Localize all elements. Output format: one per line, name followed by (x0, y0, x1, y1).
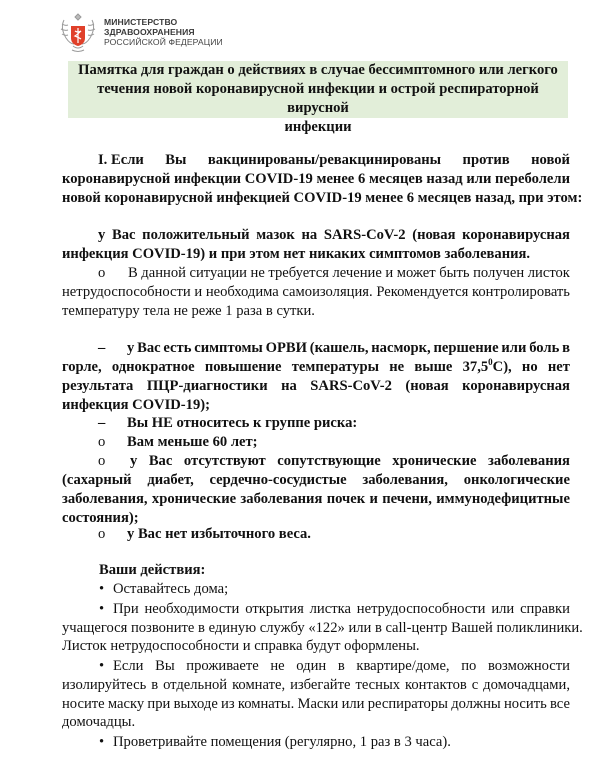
word: лечение (333, 264, 382, 283)
org-line-2: ЗДРАВООХРАНЕНИЯ (104, 27, 223, 37)
word: вакцинированы/ревакцинированы (208, 151, 441, 170)
word: заболевания (240, 490, 322, 509)
word: Вас (137, 339, 161, 358)
case2-dash: – (98, 339, 105, 358)
word: сердечно-сосудистые (210, 471, 347, 490)
risk-bullet-2: o (98, 452, 105, 471)
case2-line-1: уВасестьсимптомыОРВИ(кашель,насморк,перш… (127, 339, 570, 358)
word: 6 (358, 170, 365, 189)
word: проживаете (186, 657, 258, 676)
action-bullet-4: • (99, 733, 104, 752)
risk-heading: Вы НЕ относитесь к группе риска: (127, 414, 357, 433)
word: переболели (495, 170, 570, 189)
word: все (550, 695, 570, 714)
section-heading-line-1: I. ЕслиВывакцинированы/ревакцинированыпр… (98, 151, 570, 170)
word: листка (310, 600, 351, 619)
word: не (270, 657, 284, 676)
russian-coat-of-arms-icon (58, 10, 98, 54)
word: боль (529, 339, 559, 358)
document-title: Памятка для граждан о действиях в случае… (68, 61, 568, 118)
word: против (463, 151, 510, 170)
word: не (389, 358, 404, 377)
word: у (130, 452, 137, 471)
word: должны (451, 695, 501, 714)
word: листок (528, 264, 570, 283)
word: инфекции (174, 170, 241, 189)
case1-text-line-1: Вданнойситуациинетребуетсялечениеиможетб… (128, 264, 570, 283)
word: получен (473, 264, 524, 283)
word: у (127, 339, 134, 358)
word: из (221, 695, 235, 714)
word: Если (113, 657, 144, 676)
case2-line-2: горле,однократноеповышениетемпературынев… (62, 358, 570, 377)
action-ventilate: Проветривайте помещения (регулярно, 1 ра… (113, 733, 451, 752)
word: отсутствуют (184, 452, 266, 471)
word: может (397, 264, 436, 283)
word: отдельной (163, 676, 227, 695)
risk-bullet-3: o (98, 525, 105, 544)
title-line-3: инфекции (68, 118, 568, 137)
word: тесных (355, 676, 400, 695)
risk-item-age: Вам меньше 60 лет; (127, 433, 258, 452)
word: положительный (142, 226, 249, 245)
word: один (296, 657, 326, 676)
word: Маски (297, 695, 338, 714)
word: повышение (205, 358, 282, 377)
section-heading-line-3: новой коронавирусной инфекцией COVID-19 … (62, 189, 582, 208)
word: першение (433, 339, 498, 358)
word: I. Если (98, 151, 144, 170)
word: онкологические (464, 471, 570, 490)
word: нетрудоспособности (357, 600, 486, 619)
word: В (128, 264, 138, 283)
word: заболевания, (62, 490, 148, 509)
word: хронические (392, 452, 476, 471)
word: и (385, 264, 393, 283)
word: выходе (174, 695, 218, 714)
temperature-value: 37,50C), (463, 358, 512, 377)
word: самоизоляция. (282, 283, 372, 302)
word: иммунодефицитные (436, 490, 570, 509)
action-bullet-2: • (99, 600, 104, 619)
title-line-2: течения новой коронавирусной инфекции и … (68, 80, 568, 118)
word: ситуации (190, 264, 247, 283)
word: менее (317, 170, 355, 189)
case1-text-line-3: температуру тела не реже 1 раза в сутки. (62, 302, 315, 321)
word: печени, (382, 490, 432, 509)
word: новой (531, 151, 570, 170)
risk-item-chronic-line-1: уВасотсутствуютсопутствующиехроническиез… (130, 452, 570, 471)
word: в (338, 657, 345, 676)
word: есть (163, 339, 191, 358)
word: в (562, 339, 570, 358)
word: нетрудоспособности (62, 283, 191, 302)
word: SARS-CoV-2 (310, 377, 392, 396)
word: не (251, 264, 265, 283)
word: комнате, (232, 676, 285, 695)
risk-item-chronic-line-2: (сахарныйдиабет,сердечно-сосудистыезабол… (62, 471, 570, 490)
word: на (302, 226, 318, 245)
word: (сахарный (62, 471, 132, 490)
case1-bullet: o (98, 264, 105, 283)
word: ПЦР-диагностики (147, 377, 268, 396)
word: насморк, (371, 339, 430, 358)
word: респираторы (368, 695, 448, 714)
case1-line-1: уВасположительныймазокнаSARS-CoV-2(новая… (98, 226, 570, 245)
org-line-3: РОССИЙСКОЙ ФЕДЕРАЦИИ (104, 37, 223, 47)
org-line-1: МИНИСТЕРСТВО (104, 17, 223, 27)
word: возможности (488, 657, 570, 676)
word: коронавирусной (62, 170, 170, 189)
ministry-name: МИНИСТЕРСТВО ЗДРАВООХРАНЕНИЯ РОССИЙСКОЙ … (104, 17, 223, 47)
case1-text-line-2: нетрудоспособностиинеобходимасамоизоляци… (62, 283, 570, 302)
word: температуры (292, 358, 379, 377)
word: почек (327, 490, 365, 509)
action-bullet-1: • (99, 580, 104, 599)
word: открытия (245, 600, 304, 619)
word: маску (108, 695, 144, 714)
word: диабет, (147, 471, 193, 490)
word: Вы (165, 151, 186, 170)
action-bullet-3: • (99, 657, 104, 676)
word: SARS-CoV-2 (324, 226, 406, 245)
action-isolate-line-2: изолируйтесьвотдельнойкомнате,избегайтет… (62, 676, 570, 695)
word: сопутствующие (277, 452, 381, 471)
word: контролировать (472, 283, 570, 302)
word: При (113, 600, 139, 619)
word: заболевания (488, 452, 570, 471)
action-sick-leave-line-2: учащегося позвоните в единую службу «122… (62, 619, 583, 638)
word: домочадцами, (483, 676, 570, 695)
word: или (491, 600, 514, 619)
risk-dash: – (98, 414, 105, 433)
case2-line-4: инфекция COVID-19); (62, 396, 210, 415)
action-stay-home: Оставайтесь дома; (113, 580, 228, 599)
word: или (501, 339, 526, 358)
word: назад (426, 170, 462, 189)
action-sick-leave-line-1: Принеобходимостиоткрытиялистканетрудоспо… (113, 600, 570, 619)
word: в (151, 676, 158, 695)
word: по (461, 657, 476, 676)
section-heading-line-2: коронавируснойинфекцииCOVID-19менее6меся… (62, 170, 570, 189)
action-sick-leave-line-3: Листок нетрудоспособности и справка буду… (62, 637, 420, 656)
risk-item-chronic-line-3: заболевания,хроническиезаболеванияпочеки… (62, 490, 570, 509)
word: нет (548, 358, 570, 377)
word: но (522, 358, 538, 377)
word: и (194, 283, 202, 302)
word: (новая (405, 377, 448, 396)
action-isolate-line-3: носитемаскупривыходеизкомнаты.Маскиилире… (62, 695, 570, 714)
word: справки (520, 600, 570, 619)
risk-item-weight: у Вас нет избыточного веса. (127, 525, 311, 544)
word: быть (439, 264, 469, 283)
word: носить (504, 695, 547, 714)
word: (кашель, (310, 339, 369, 358)
word: заболевания, (362, 471, 448, 490)
case1-line-2: инфекция COVID-19) и при этом нет никаки… (62, 245, 530, 264)
case2-line-3: результатаПЦР-диагностикинаSARS-CoV-2(но… (62, 377, 570, 396)
word: симптомы (194, 339, 263, 358)
word: горле, (62, 358, 102, 377)
word: с (472, 676, 478, 695)
risk-bullet-1: o (98, 433, 105, 452)
word: изолируйтесь (62, 676, 146, 695)
word: месяцев (369, 170, 423, 189)
word: носите (62, 695, 105, 714)
word: необходимости (145, 600, 240, 619)
word: данной (141, 264, 186, 283)
word: или (342, 695, 365, 714)
word: контактов (405, 676, 467, 695)
word: или (466, 170, 491, 189)
title-line-1: Памятка для граждан о действиях в случае… (68, 61, 568, 80)
word: на (281, 377, 297, 396)
actions-heading: Ваши действия: (99, 561, 205, 580)
word: Рекомендуется (376, 283, 468, 302)
word: коронавирусная (462, 226, 570, 245)
word: необходима (206, 283, 279, 302)
word: избегайте (290, 676, 350, 695)
action-isolate-line-1: ЕслиВыпроживаетенеодинвквартире/доме,пов… (113, 657, 570, 676)
word: требуется (268, 264, 329, 283)
word: однократное (112, 358, 195, 377)
word: хронические (152, 490, 236, 509)
word: коронавирусная (462, 377, 570, 396)
word: квартире/доме, (356, 657, 449, 676)
word: результата (62, 377, 133, 396)
word: выше (414, 358, 452, 377)
word: Вас (149, 452, 173, 471)
word: у (98, 226, 105, 245)
word: Вы (155, 657, 175, 676)
action-isolate-line-4: домочадцы. (62, 713, 135, 732)
word: комнаты. (238, 695, 294, 714)
word: ОРВИ (266, 339, 307, 358)
word: мазок (256, 226, 295, 245)
word: (новая (412, 226, 455, 245)
word: Вас (112, 226, 136, 245)
word: и (369, 490, 377, 509)
word: при (147, 695, 170, 714)
word: COVID-19 (245, 170, 313, 189)
